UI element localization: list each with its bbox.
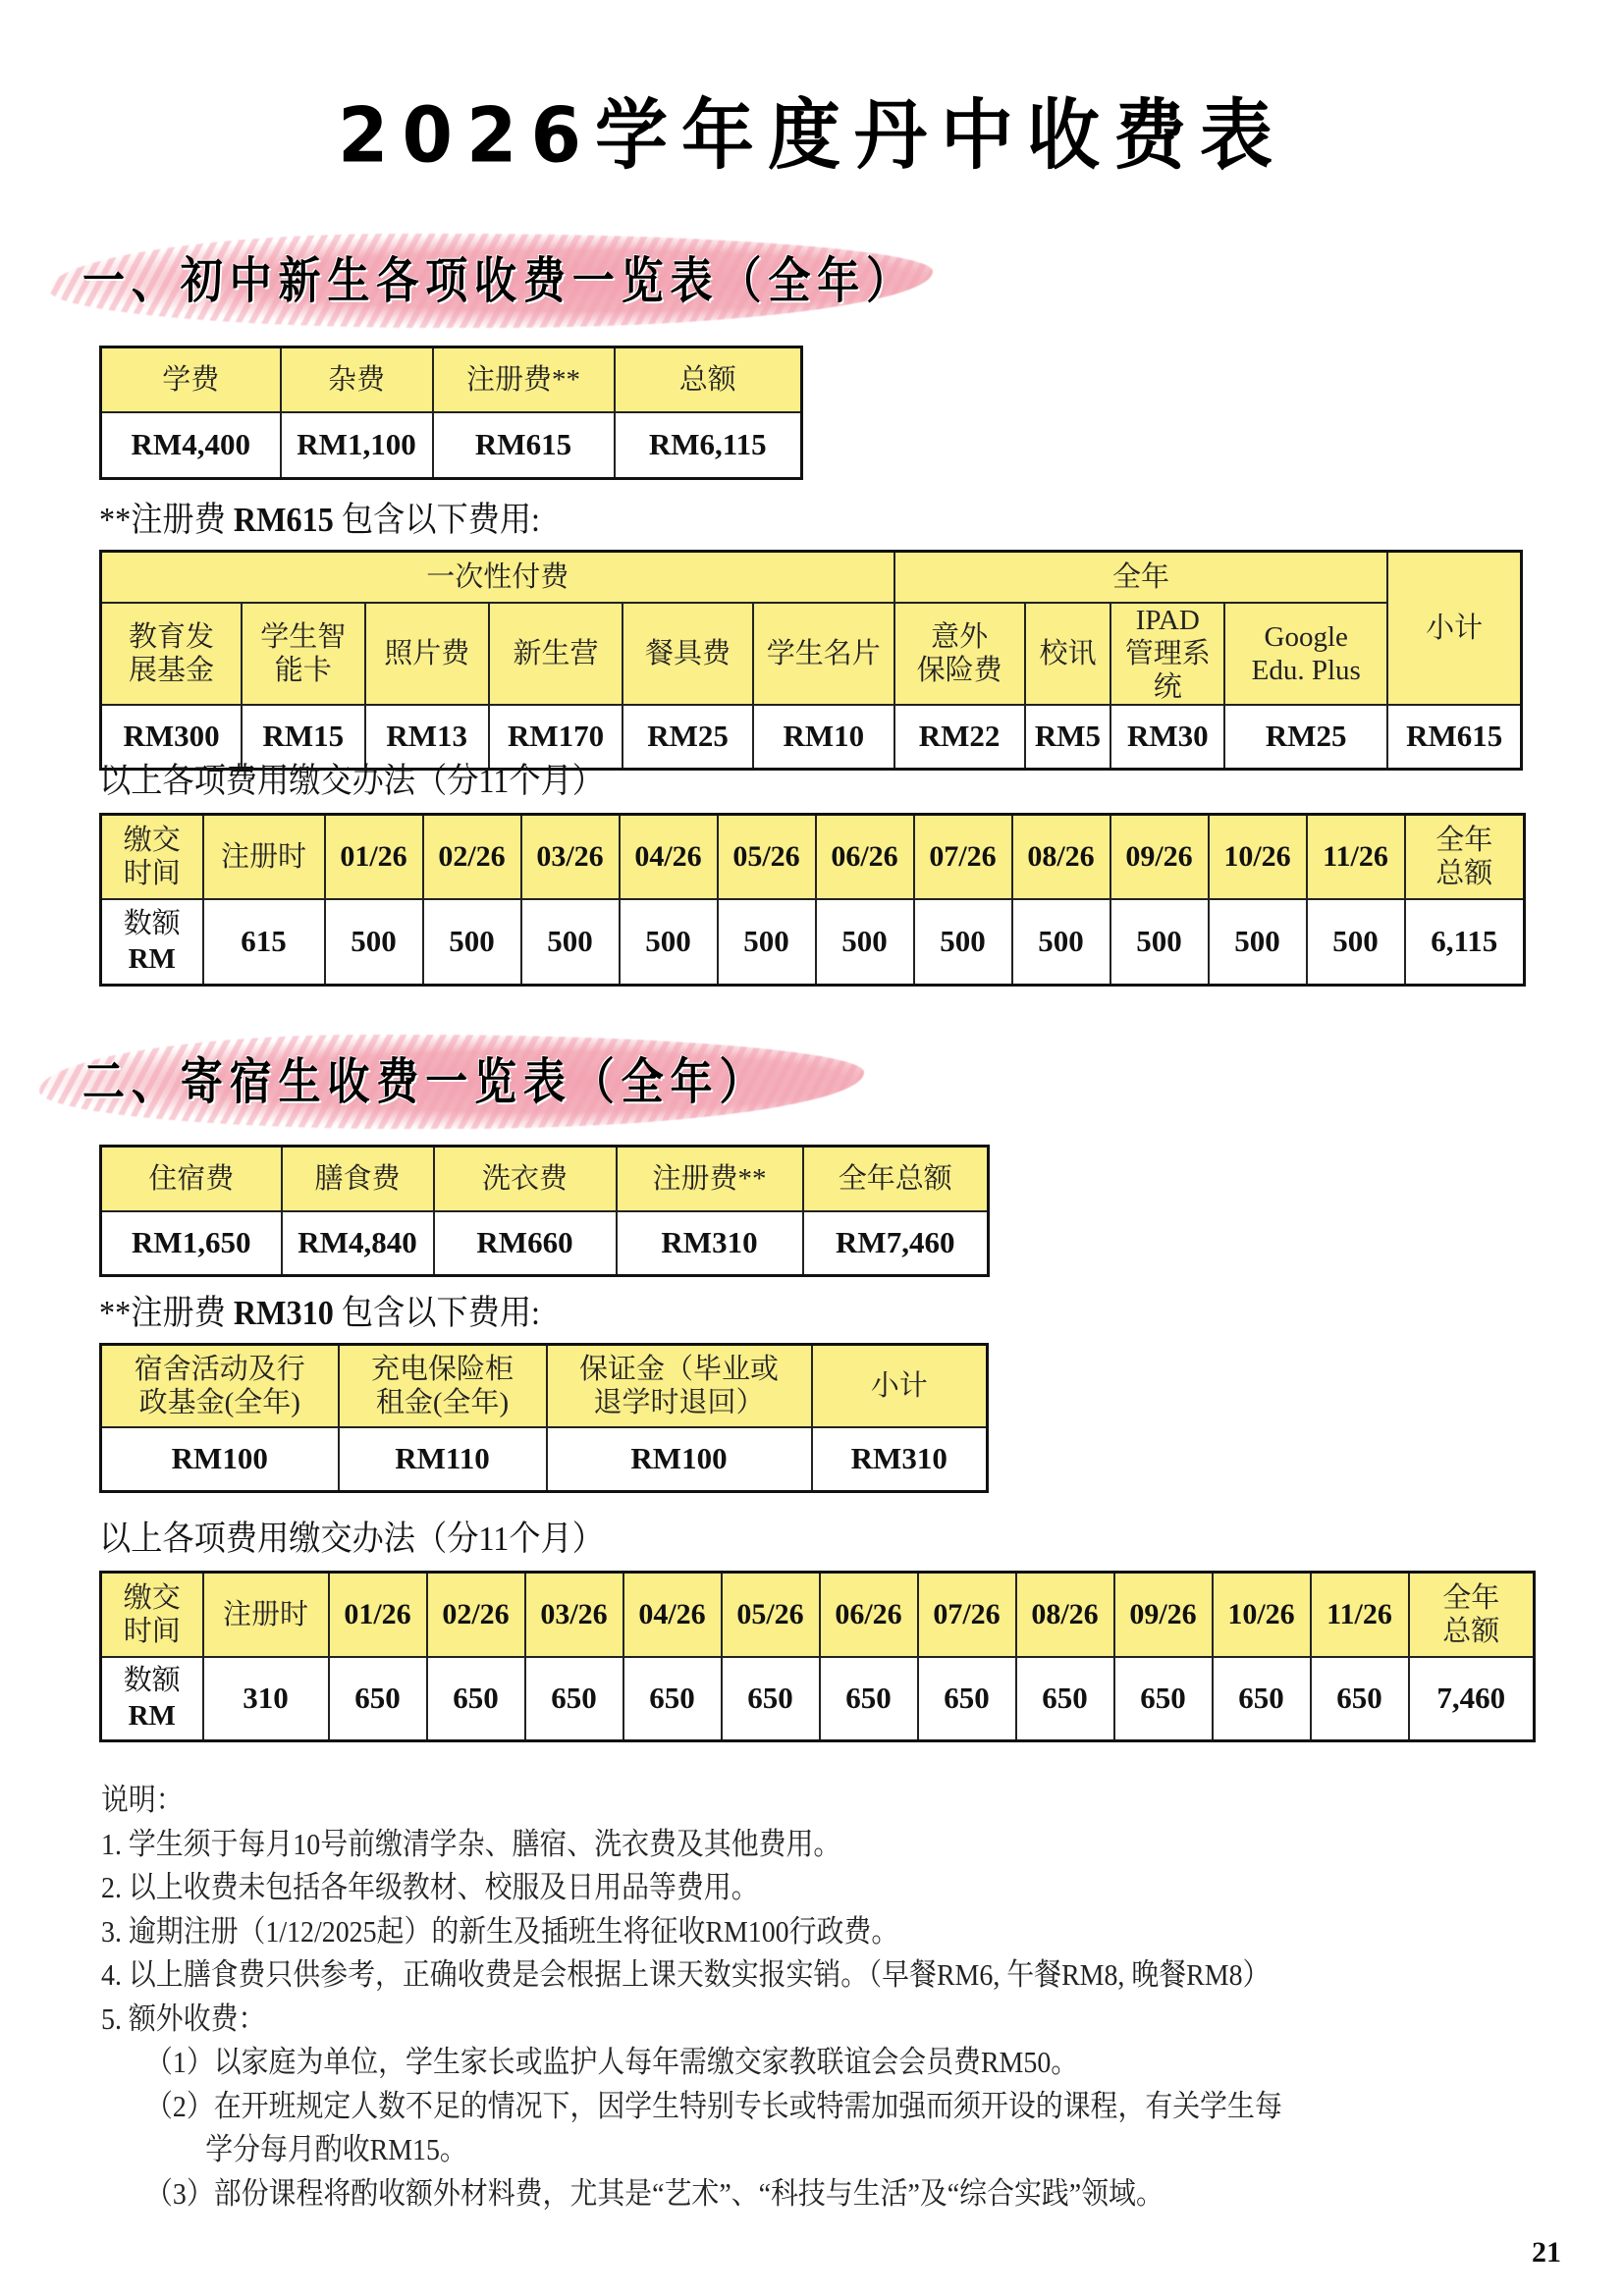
note-item: 3. 逾期注册（1/12/2025起）的新生及插班生将征收RM100行政费。 [101, 1910, 1409, 1954]
page-title: 2026学年度丹中收费表 [0, 84, 1624, 187]
section1-payment-heading: 以上各项费用缴交办法（分11个月） [99, 760, 604, 803]
note-suffix: 包含以下费用: [334, 1294, 540, 1332]
section2-registration-breakdown-table: 宿舍活动及行政基金(全年) 充电保险柜租金(全年) 保证金（毕业或退学时退回） … [99, 1343, 989, 1493]
value-month: 500 [521, 899, 620, 986]
header-month: 05/26 [718, 815, 816, 899]
header-school-messaging: 校讯 [1025, 603, 1111, 705]
value-month: 650 [427, 1657, 525, 1741]
value-ipad-management: RM30 [1110, 705, 1224, 770]
section1-heading: 一、初中新生各项收费一览表（全年） [82, 247, 915, 314]
value-month: 650 [820, 1657, 918, 1741]
value-month: 650 [722, 1657, 820, 1741]
value-month: 650 [1311, 1657, 1409, 1741]
section1-registration-breakdown-table: 一次性付费 全年 小计 教育发展基金 学生智能卡 照片费 新生营 餐具费 学生名… [99, 550, 1523, 771]
value-google-edu-plus: RM25 [1224, 705, 1387, 770]
header-at-registration: 注册时 [203, 815, 325, 899]
value-subtotal: RM310 [812, 1427, 988, 1492]
header-tableware-fee: 餐具费 [623, 603, 753, 705]
value-boarding-fee: RM1,650 [101, 1211, 282, 1276]
value-charging-locker-rent: RM110 [339, 1427, 547, 1492]
header-deposit: 保证金（毕业或退学时退回） [547, 1345, 812, 1427]
value-month: 500 [1012, 899, 1110, 986]
section2-summary-table: 住宿费 膳食费 洗衣费 注册费** 全年总额 RM1,650 RM4,840 R… [99, 1145, 990, 1277]
header-at-registration: 注册时 [203, 1573, 329, 1657]
value-month: 650 [1213, 1657, 1311, 1741]
header-month: 08/26 [1016, 1573, 1114, 1657]
header-subtotal: 小计 [812, 1345, 988, 1427]
header-total: 总额 [615, 347, 802, 412]
header-month: 11/26 [1307, 815, 1405, 899]
note-item: 2. 以上收费未包括各年级教材、校服及日用品等费用。 [101, 1866, 1409, 1910]
value-month: 500 [1307, 899, 1405, 986]
section1-payment-schedule-table: 缴交时间 注册时 01/26 02/26 03/26 04/26 05/26 0… [99, 813, 1526, 987]
value-deposit: RM100 [547, 1427, 812, 1492]
value-month: 500 [816, 899, 914, 986]
note-suffix: 包含以下费用: [334, 501, 540, 539]
header-month: 08/26 [1012, 815, 1110, 899]
header-student-namecard: 学生名片 [753, 603, 894, 705]
value-month: 500 [914, 899, 1012, 986]
header-annual-total: 全年总额 [1405, 815, 1525, 899]
header-annual-total: 全年总额 [803, 1147, 989, 1211]
note-extra-item: （2）在开班规定人数不足的情况下，因学生特别专长或特需加强而须开设的课程，有关学… [101, 2085, 1409, 2129]
header-month: 02/26 [427, 1573, 525, 1657]
section2-heading: 二、寄宿生收费一览表（全年） [82, 1048, 768, 1115]
header-month: 03/26 [525, 1573, 623, 1657]
value-month: 500 [718, 899, 816, 986]
note-amount: RM615 [234, 501, 334, 539]
value-tableware-fee: RM25 [623, 705, 753, 770]
header-month: 07/26 [918, 1573, 1016, 1657]
header-month: 04/26 [623, 1573, 722, 1657]
note-amount: RM310 [234, 1294, 334, 1332]
value-month: 650 [329, 1657, 427, 1741]
header-month: 03/26 [521, 815, 620, 899]
header-misc-fee: 杂费 [281, 347, 433, 412]
value-meal-fee: RM4,840 [282, 1211, 434, 1276]
header-orientation-camp: 新生营 [489, 603, 623, 705]
row-label-payment-time: 缴交时间 [101, 815, 203, 899]
header-meal-fee: 膳食费 [282, 1147, 434, 1211]
header-month: 09/26 [1114, 1573, 1213, 1657]
note-extra-item: （3）部份课程将酌收额外材料费，尤其是“艺术”、“科技与生活”及“综合实践”领域… [101, 2172, 1409, 2216]
value-month: 650 [525, 1657, 623, 1741]
note-item: 4. 以上膳食费只供参考，正确收费是会根据上课天数实报实销。（早餐RM6, 午餐… [101, 1953, 1409, 1998]
header-month: 04/26 [620, 815, 718, 899]
header-month: 05/26 [722, 1573, 820, 1657]
value-total: RM6,115 [615, 412, 802, 479]
header-month: 02/26 [423, 815, 521, 899]
header-month: 01/26 [325, 815, 423, 899]
section1-registration-note: **注册费 RM615 包含以下费用: [99, 499, 540, 542]
notes-section: 说明： 1. 学生须于每月10号前缴清学杂、膳宿、洗衣费及其他费用。 2. 以上… [101, 1779, 1554, 2216]
header-month: 06/26 [820, 1573, 918, 1657]
row-label-amount: 数额RM [101, 899, 203, 986]
section2-payment-heading: 以上各项费用缴交办法（分11个月） [99, 1518, 604, 1561]
value-month: 500 [325, 899, 423, 986]
header-registration-fee: 注册费** [433, 347, 615, 412]
section2-payment-schedule-table: 缴交时间 注册时 01/26 02/26 03/26 04/26 05/26 0… [99, 1571, 1536, 1742]
header-ipad-management: IPAD管理系统 [1110, 603, 1224, 705]
header-registration-fee: 注册费** [617, 1147, 803, 1211]
value-tuition: RM4,400 [101, 412, 281, 479]
note-item: 1. 学生须于每月10号前缴清学杂、膳宿、洗衣费及其他费用。 [101, 1823, 1409, 1867]
row-label-amount: 数额RM [101, 1657, 203, 1741]
header-accident-insurance: 意外保险费 [894, 603, 1025, 705]
note-item: 5. 额外收费： [101, 1998, 1409, 2042]
value-subtotal: RM615 [1387, 705, 1521, 770]
header-month: 10/26 [1213, 1573, 1311, 1657]
header-photo-fee: 照片费 [365, 603, 489, 705]
header-month: 06/26 [816, 815, 914, 899]
value-month: 500 [620, 899, 718, 986]
value-month: 500 [1209, 899, 1307, 986]
value-month: 650 [1114, 1657, 1213, 1741]
value-registration-fee: RM310 [617, 1211, 803, 1276]
value-month: 500 [423, 899, 521, 986]
value-month: 650 [1016, 1657, 1114, 1741]
header-edu-development-fund: 教育发展基金 [101, 603, 243, 705]
value-misc-fee: RM1,100 [281, 412, 433, 479]
note-extra-item-continuation: 学分每月酌收RM15。 [101, 2128, 1409, 2172]
header-dorm-activity-fund: 宿舍活动及行政基金(全年) [101, 1345, 339, 1427]
header-month: 11/26 [1311, 1573, 1409, 1657]
group-header-one-time: 一次性付费 [101, 552, 894, 603]
note-prefix: **注册费 [99, 1294, 234, 1332]
value-month: 650 [918, 1657, 1016, 1741]
page-number: 21 [1532, 2236, 1561, 2269]
header-subtotal: 小计 [1387, 552, 1521, 705]
header-month: 01/26 [329, 1573, 427, 1657]
notes-title: 说明： [101, 1779, 1409, 1823]
header-tuition: 学费 [101, 347, 281, 412]
value-annual-total: 7,460 [1409, 1657, 1535, 1741]
note-extra-item: （1）以家庭为单位，学生家长或监护人每年需缴交家教联谊会会员费RM50。 [101, 2041, 1409, 2085]
value-at-registration: 310 [203, 1657, 329, 1741]
value-month: 500 [1110, 899, 1209, 986]
header-boarding-fee: 住宿费 [101, 1147, 282, 1211]
header-month: 07/26 [914, 815, 1012, 899]
value-annual-total: RM7,460 [803, 1211, 989, 1276]
note-prefix: **注册费 [99, 501, 234, 539]
row-label-payment-time: 缴交时间 [101, 1573, 203, 1657]
value-dorm-activity-fund: RM100 [101, 1427, 339, 1492]
header-laundry-fee: 洗衣费 [434, 1147, 617, 1211]
value-student-namecard: RM10 [753, 705, 894, 770]
header-month: 10/26 [1209, 815, 1307, 899]
section2-registration-note: **注册费 RM310 包含以下费用: [99, 1292, 540, 1335]
header-charging-locker-rent: 充电保险柜租金(全年) [339, 1345, 547, 1427]
section1-summary-table: 学费 杂费 注册费** 总额 RM4,400 RM1,100 RM615 RM6… [99, 346, 803, 480]
header-google-edu-plus: GoogleEdu. Plus [1224, 603, 1387, 705]
section1-heading-block: 一、初中新生各项收费一览表（全年） [39, 234, 982, 328]
header-smart-card: 学生智能卡 [242, 603, 364, 705]
value-registration-fee: RM615 [433, 412, 615, 479]
value-accident-insurance: RM22 [894, 705, 1025, 770]
value-laundry-fee: RM660 [434, 1211, 617, 1276]
header-annual-total: 全年总额 [1409, 1573, 1535, 1657]
value-school-messaging: RM5 [1025, 705, 1111, 770]
value-at-registration: 615 [203, 899, 325, 986]
group-header-annual: 全年 [894, 552, 1388, 603]
value-annual-total: 6,115 [1405, 899, 1525, 986]
section2-heading-block: 二、寄宿生收费一览表（全年） [39, 1035, 903, 1129]
value-month: 650 [623, 1657, 722, 1741]
header-month: 09/26 [1110, 815, 1209, 899]
